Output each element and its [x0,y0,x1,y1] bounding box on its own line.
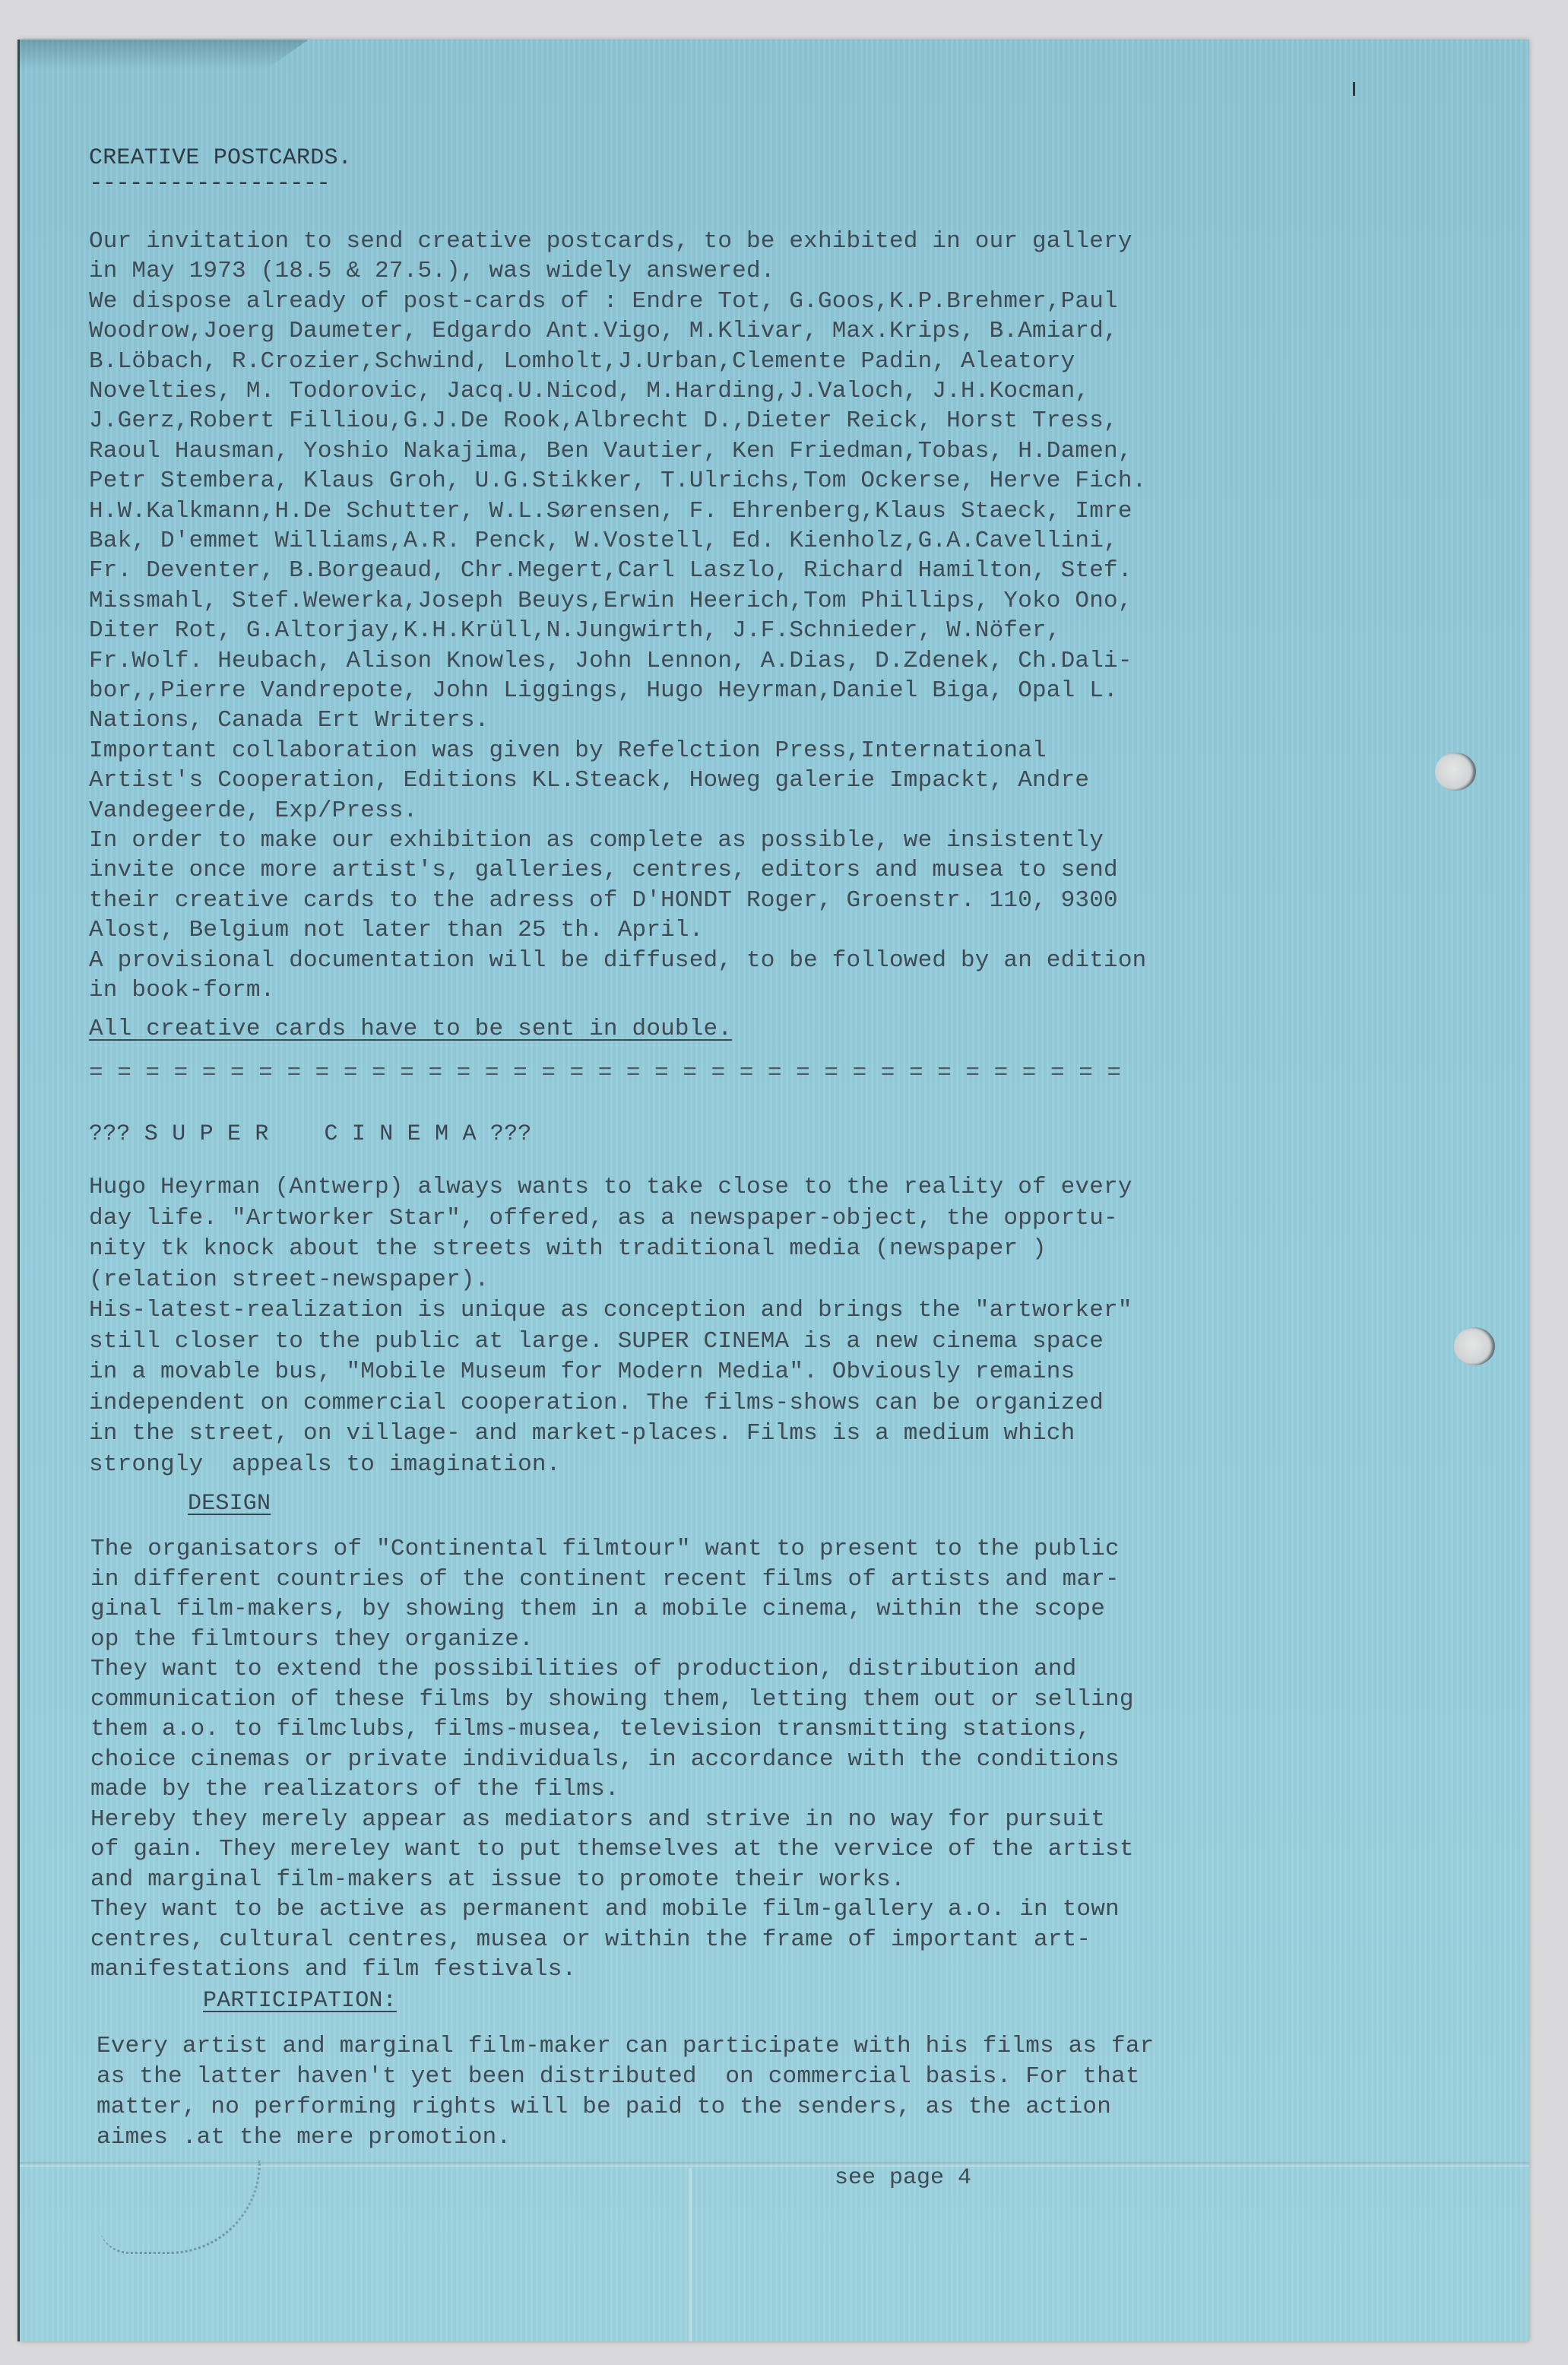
text-line: communication of these films by showing … [90,1685,1134,1715]
text-line: in the street, on village- and market-pl… [89,1419,1075,1449]
text-line: ginal film-makers, by showing them in a … [90,1594,1105,1625]
text-line: in book-form. [89,975,274,1006]
text-line: Alost, Belgium not later than 25 th. Apr… [89,915,704,946]
text-line: aimes .at the mere promotion. [97,2122,511,2153]
text-line: in a movable bus, "Mobile Museum for Mod… [89,1357,1075,1387]
text-line: manifestations and film festivals. [90,1954,576,1985]
text-line: their creative cards to the adress of D'… [89,886,1118,916]
pen-mark [1353,82,1355,96]
text-line: Vandegeerde, Exp/Press. [89,796,417,826]
text-line: Missmahl, Stef.Wewerka,Joseph Beuys,Erwi… [89,586,1132,617]
text-line: made by the realizators of the films. [90,1774,619,1805]
text-line: H.W.Kalkmann,H.De Schutter, W.L.Sørensen… [89,496,1132,527]
text-line: Fr.Wolf. Heubach, Alison Knowles, John L… [89,646,1132,677]
text-line: They want to extend the possibilities of… [90,1654,1076,1685]
text-line: Bak, D'emmet Williams,A.R. Penck, W.Vost… [89,526,1118,556]
text-line: them a.o. to filmclubs, films-musea, tel… [90,1714,1091,1745]
text-line: Important collaboration was given by Ref… [89,736,1047,766]
text-line: matter, no performing rights will be pai… [97,2092,1111,2122]
text-line: J.Gerz,Robert Filliou,G.J.De Rook,Albrec… [89,406,1118,436]
text-line: Woodrow,Joerg Daumeter, Edgardo Ant.Vigo… [89,316,1118,347]
text-line: Diter Rot, G.Altorjay,K.H.Krüll,N.Jungwi… [89,616,1061,646]
text-line: of gain. They mereley want to put themse… [90,1834,1134,1865]
text-line: Novelties, M. Todorovic, Jacq.U.Nicod, M… [89,376,1089,407]
text-line: The organisators of "Continental filmtou… [90,1534,1120,1565]
text-line: We dispose already of post-cards of : En… [89,287,1118,317]
vertical-fold-crease [689,2168,692,2341]
text-line: Hereby they merely appear as mediators a… [90,1805,1105,1835]
text-line: op the filmtours they organize. [90,1625,534,1655]
section-title-participation: PARTICIPATION: [203,1986,397,2016]
section-title-super-cinema: ??? S U P E R C I N E M A ??? [89,1119,532,1149]
text-line: Our invitation to send creative postcard… [89,227,1132,257]
text-line: Petr Stembera, Klaus Groh, U.G.Stikker, … [89,466,1146,496]
text-line: They want to be active as permanent and … [90,1894,1120,1925]
text-line: nity tk knock about the streets with tra… [89,1234,1047,1264]
continuation-note: see page 4 [835,2165,971,2191]
text-line: choice cinemas or private individuals, i… [90,1745,1120,1775]
punch-hole-lower [1454,1327,1495,1365]
punch-hole-upper [1435,753,1476,791]
text-line: day life. "Artworker Star", offered, as … [89,1203,1118,1234]
text-line: bor,,Pierre Vandrepote, John Liggings, H… [89,676,1118,706]
text-line: invite once more artist's, galleries, ce… [89,855,1118,886]
text-line: still closer to the public at large. SUP… [89,1327,1104,1357]
text-line: His-latest-realization is unique as conc… [89,1295,1132,1326]
text-line: Hugo Heyrman (Antwerp) always wants to t… [89,1172,1132,1203]
text-line: as the latter haven't yet been distribut… [97,2062,1140,2092]
title-underline-rule: ------------------ [89,169,330,199]
text-line: centres, cultural centres, musea or with… [90,1925,1091,1955]
text-line: Fr. Deventer, B.Borgeaud, Chr.Megert,Car… [89,556,1132,586]
text-line: In order to make our exhibition as compl… [89,826,1104,856]
text-line: A provisional documentation will be diff… [89,946,1146,976]
text-line: in different countries of the continent … [90,1565,1120,1595]
text-line: (relation street-newspaper). [89,1265,489,1295]
text-line: B.Löbach, R.Crozier,Schwind, Lomholt,J.U… [89,347,1075,377]
text-line: in May 1973 (18.5 & 27.5.), was widely a… [89,256,775,287]
double-submission-notice: All creative cards have to be sent in do… [89,1014,732,1045]
text-line: Raoul Hausman, Yoshio Nakajima, Ben Vaut… [89,436,1132,467]
text-line: Nations, Canada Ert Writers. [89,705,489,736]
text-line: and marginal film-makers at issue to pro… [90,1865,905,1895]
text-line: strongly appeals to imagination. [89,1450,561,1480]
text-line: Every artist and marginal film-maker can… [97,2031,1154,2062]
section-separator: = = = = = = = = = = = = = = = = = = = = … [89,1058,1121,1089]
text-line: Artist's Cooperation, Editions KL.Steack… [89,766,1089,796]
section-title-design: DESIGN [188,1488,271,1519]
text-line: independent on commercial cooperation. T… [89,1388,1104,1419]
